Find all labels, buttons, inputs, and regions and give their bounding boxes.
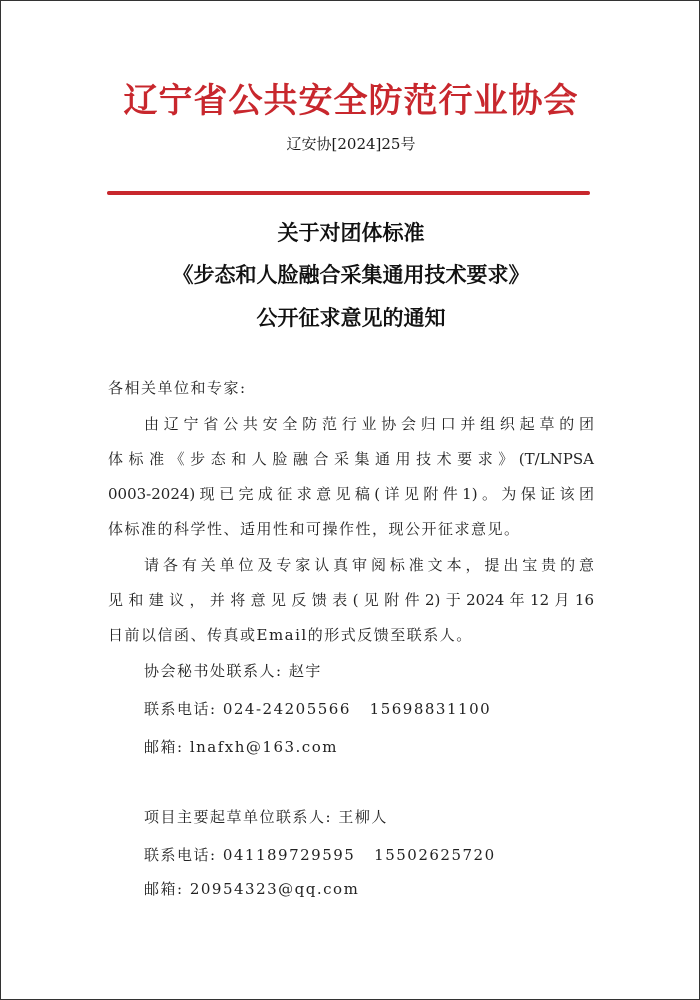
paragraph1-line: 体标准《步态和人脸融合采集通用技术要求》(T/LNPSA (108, 448, 594, 469)
document-page: 辽宁省公共安全防范行业协会 辽安协[2024]25号 关于对团体标准 《步态和人… (0, 0, 700, 1000)
organization-title: 辽宁省公共安全防范行业协会 (1, 73, 700, 122)
notice-title-line-1: 关于对团体标准 (1, 217, 700, 247)
red-divider (107, 191, 590, 195)
paragraph2-line: 日前以信函、传真或Email的形式反馈至联系人。 (108, 624, 473, 645)
notice-title-line-3: 公开征求意见的通知 (1, 302, 700, 332)
paragraph1-line: 由辽宁省公共安全防范行业协会归口并组织起草的团 (144, 413, 594, 434)
document-number: 辽安协[2024]25号 (1, 133, 700, 154)
notice-title-line-2: 《步态和人脸融合采集通用技术要求》 (1, 259, 700, 289)
contact1-email: 邮箱: lnafxh@163.com (144, 736, 338, 757)
contact2-email: 邮箱: 20954323@qq.com (144, 878, 359, 899)
paragraph2-line: 见和建议，并将意见反馈表(见附件2)于2024年12月16 (108, 589, 594, 610)
contact1-name: 协会秘书处联系人: 赵宇 (144, 660, 322, 681)
contact2-name: 项目主要起草单位联系人: 王柳人 (144, 806, 388, 827)
paragraph1-line: 0003-2024)现已完成征求意见稿(详见附件1)。为保证该团 (108, 483, 594, 504)
paragraph1-line: 体标准的科学性、适用性和可操作性，现公开征求意见。 (108, 518, 521, 539)
salutation: 各相关单位和专家: (108, 377, 247, 398)
paragraph2-line: 请各有关单位及专家认真审阅标准文本，提出宝贵的意 (144, 554, 594, 575)
contact2-phone: 联系电话: 041189729595 15502625720 (144, 844, 496, 865)
contact1-phone: 联系电话: 024-24205566 15698831100 (144, 698, 491, 719)
